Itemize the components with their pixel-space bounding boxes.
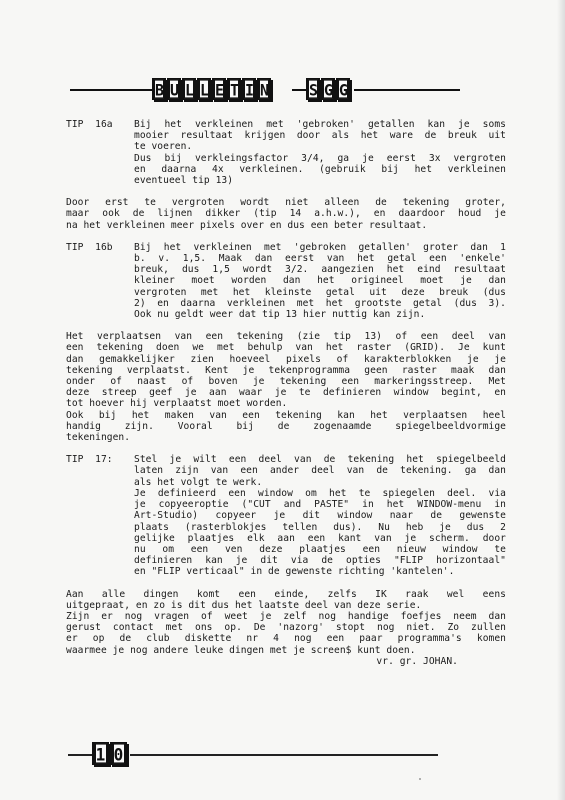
text-line: deze streep geef je aan waar je te defin…: [66, 387, 506, 398]
text-line: er op de club diskette nr 4 nog een paar…: [66, 633, 506, 644]
text-line: Het verplaatsen van een tekening (zie ti…: [66, 331, 506, 342]
article-body: TIP 16a Bij het verkleinen met 'gebroken…: [66, 119, 506, 678]
tip-16b: TIP 16b Bij het verkleinen met 'gebroken…: [66, 242, 506, 320]
text-line: tot hoever hij verplaatst moet worden.: [66, 398, 506, 409]
text-line: Art-Studio) copyeer je dit window naar d…: [134, 510, 506, 521]
text-line: vergroten met het kleinste getal uit dez…: [134, 287, 506, 298]
text-line: Aan alle dingen komt een einde, zelfs IK…: [66, 589, 506, 600]
title-tile: E: [212, 78, 226, 100]
text-line: als het volgt te werk.: [134, 477, 506, 488]
text-line: laten zijn van een ander deel van de tek…: [134, 465, 506, 476]
text-line: te voeren.: [134, 141, 506, 152]
paper-speck: [419, 778, 421, 780]
text-line: Door erst te vergroten wordt niet alleen…: [66, 197, 506, 208]
text-line: je copyeeroptie ("CUT and PASTE" in het …: [134, 499, 506, 510]
header-rule-left: [70, 89, 152, 91]
text-line: b. v. 1,5. Maak dan eerst van het getal …: [134, 253, 506, 264]
text-line: en daarna 4x verkleinen. (gebruik bij he…: [134, 164, 506, 175]
tip-body: Bij het verkleinen met 'gebroken' getall…: [134, 119, 506, 186]
text-line: Bij het verkleinen met 'gebroken' getall…: [134, 119, 506, 130]
text-line: en "FLIP verticaal" in de gewenste richt…: [134, 566, 506, 577]
tip-label: TIP 17:: [66, 454, 134, 577]
tip-16a: TIP 16a Bij het verkleinen met 'gebroken…: [66, 119, 506, 186]
title-tile: L: [197, 78, 211, 100]
header-rule-right: [354, 89, 460, 91]
text-line: na het verkleinen meer pixels over en du…: [66, 220, 506, 231]
text-line: plaats (rasterblokjes tellen dus). Nu he…: [134, 522, 506, 533]
text-line: nu om een ven deze plaatjes een nieuw wi…: [134, 544, 506, 555]
footer-rule-right: [130, 754, 438, 756]
bulletin-header: B U L L E T I N S G G: [70, 78, 460, 108]
tip-17: TIP 17: Stel je wilt een deel van de tek…: [66, 454, 506, 577]
tip-body: Stel je wilt een deel van de tekening he…: [134, 454, 506, 577]
tip-label: TIP 16b: [66, 242, 134, 320]
text-line: gelijke plaatjes elk aan een kant van je…: [134, 533, 506, 544]
page-number: 1 0: [92, 742, 127, 765]
title-tile: S: [306, 78, 320, 100]
title-word-sgg: S G G: [306, 78, 350, 100]
text-line: Ook bij het maken van een tekening kan h…: [66, 410, 506, 421]
title-tile: N: [257, 78, 271, 100]
title-tile: G: [336, 78, 350, 100]
text-line: waarmee je nog andere leuke dingen met j…: [66, 645, 506, 656]
tip-body: Bij het verkleinen met 'gebroken getalle…: [134, 242, 506, 320]
paragraph-closing: Aan alle dingen komt een einde, zelfs IK…: [66, 589, 506, 667]
title-word-bulletin: B U L L E T I N: [152, 78, 271, 100]
page-footer: 1 0: [68, 742, 438, 772]
title-tile: U: [167, 78, 181, 100]
text-line: gerust contact met ons op. De 'nazorg' s…: [66, 622, 506, 633]
title-tile: T: [227, 78, 241, 100]
text-line: breuk, dus 1,5 wordt 3/2. aangezien het …: [134, 264, 506, 275]
text-line: Ook nu geldt weer dat tip 13 hier nuttig…: [134, 309, 506, 320]
text-line: uitgepraat, en zo is dit dus het laatste…: [66, 600, 506, 611]
text-line: Bij het verkleinen met 'gebroken getalle…: [134, 242, 506, 253]
text-line: eventueel tip 13): [134, 175, 506, 186]
text-line: mooier resultaat krijgen door als het wa…: [134, 130, 506, 141]
title-tile: G: [321, 78, 335, 100]
header-rule-mid: [292, 89, 306, 91]
text-line: tekening verplaatst. Kent je tekenprogra…: [66, 365, 506, 376]
text-line: maar ook de lijnen dikker (tip 14 a.h.w.…: [66, 208, 506, 219]
title-tile: I: [242, 78, 256, 100]
text-line: onder of naast of boven je tekening een …: [66, 376, 506, 387]
footer-rule-left: [68, 754, 92, 756]
tip-label: TIP 16a: [66, 119, 134, 186]
text-line: Dus bij verkleingsfactor 3/4, ga je eers…: [134, 153, 506, 164]
paragraph-enlarge-first: Door erst te vergroten wordt niet alleen…: [66, 197, 506, 231]
signature: vr. gr. JOHAN.: [66, 656, 506, 667]
text-line: kleiner moet worden dan het origineel mo…: [134, 275, 506, 286]
text-line: handig zijn. Vooral bij de zogenaamde sp…: [66, 421, 506, 432]
text-line: Stel je wilt een deel van de tekening he…: [134, 454, 506, 465]
text-line: Zijn er nog vragen of weet je zelf nog h…: [66, 611, 506, 622]
text-line: 2) en daarna verkleinen met het grootste…: [134, 298, 506, 309]
text-line: tekeningen.: [66, 432, 506, 443]
text-line: dan gemakkelijker zien hoeveel pixels of…: [66, 354, 506, 365]
text-line: Je definieerd een window om het te spieg…: [134, 488, 506, 499]
title-tile: B: [152, 78, 166, 100]
text-line: een tekening doen we met behulp van het …: [66, 342, 506, 353]
title-tile: L: [182, 78, 196, 100]
page-number-tile: 1: [92, 742, 109, 765]
paragraph-moving-drawing: Het verplaatsen van een tekening (zie ti…: [66, 331, 506, 443]
text-line: definieren kan je dit via de opties "FLI…: [134, 555, 506, 566]
page-number-tile: 0: [110, 742, 127, 765]
page-edge-shadow: [557, 0, 565, 800]
